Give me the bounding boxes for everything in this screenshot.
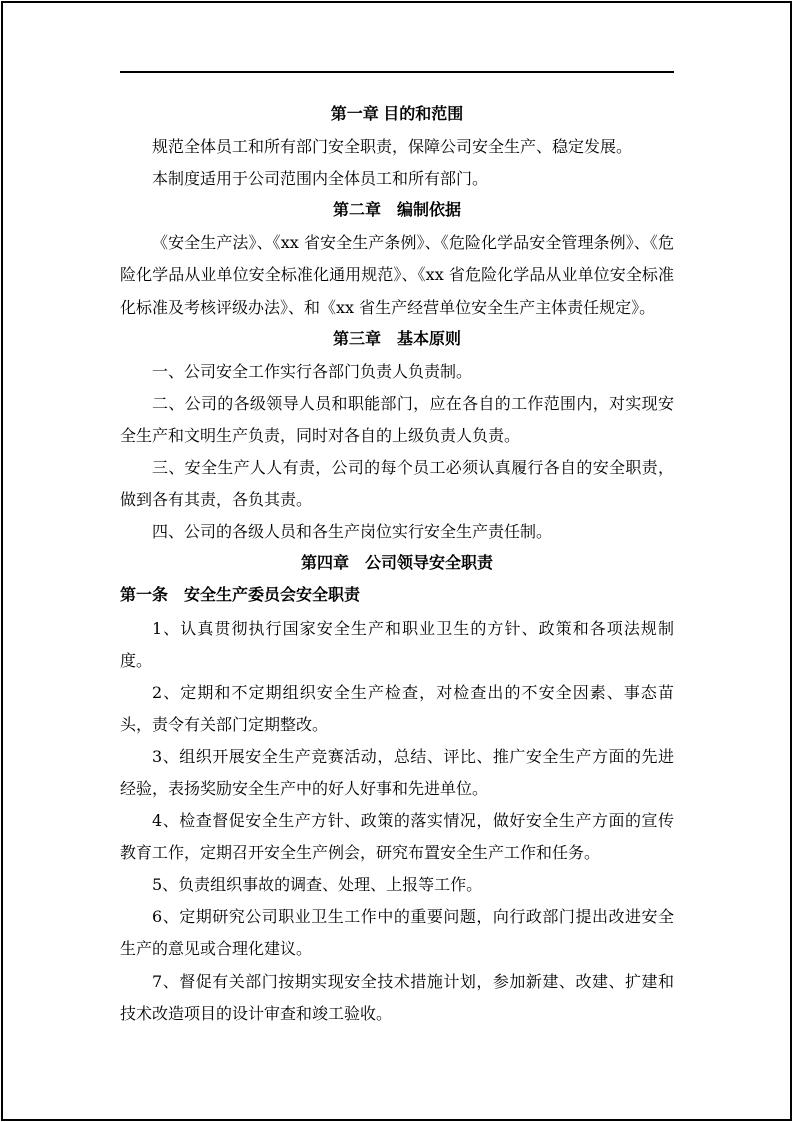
principle-item-3: 三、安全生产人人有责，公司的每个员工必须认真履行各自的安全职责，做到各有其责，各… (120, 452, 674, 516)
duty-item-5: 5、负责组织事故的调查、处理、上报等工作。 (120, 869, 674, 901)
principle-item-4: 四、公司的各级人员和各生产岗位实行安全生产责任制。 (120, 516, 674, 548)
duty-item-2: 2、定期和不定期组织安全生产检查，对检查出的不安全因素、事态苗头，责令有关部门定… (120, 677, 674, 741)
duty-item-7: 7、督促有关部门按期实现安全技术措施计划，参加新建、改建、扩建和技术改造项目的设… (120, 966, 674, 1030)
document-content: 第一章 目的和范围 规范全体员工和所有部门安全职责，保障公司安全生产、稳定发展。… (120, 99, 674, 1030)
paragraph-scope-2: 本制度适用于公司范围内全体员工和所有部门。 (120, 163, 674, 195)
chapter-3-heading: 第三章 基本原则 (120, 324, 674, 356)
chapter-1-heading: 第一章 目的和范围 (120, 99, 674, 131)
duty-item-4: 4、检查督促安全生产方针、政策的落实情况，做好安全生产方面的宣传教育工作，定期召… (120, 805, 674, 869)
chapter-2-heading: 第二章 编制依据 (120, 195, 674, 227)
duty-item-3: 3、组织开展安全生产竞赛活动，总结、评比、推广安全生产方面的先进经验，表扬奖励安… (120, 741, 674, 805)
paragraph-basis: 《安全生产法》、《xx 省安全生产条例》、《危险化学品安全管理条例》、《危险化学… (120, 227, 674, 323)
principle-item-2: 二、公司的各级领导人员和职能部门，应在各自的工作范围内，对实现安全生产和文明生产… (120, 388, 674, 452)
principle-item-1: 一、公司安全工作实行各部门负责人负责制。 (120, 356, 674, 388)
article-1-heading: 第一条 安全生产委员会安全职责 (120, 580, 674, 612)
duty-item-6: 6、定期研究公司职业卫生工作中的重要问题，向行政部门提出改进安全生产的意见或合理… (120, 901, 674, 965)
header-rule (120, 71, 674, 73)
chapter-4-heading: 第四章 公司领导安全职责 (120, 548, 674, 580)
paragraph-scope-1: 规范全体员工和所有部门安全职责，保障公司安全生产、稳定发展。 (120, 131, 674, 163)
document-page: 第一章 目的和范围 规范全体员工和所有部门安全职责，保障公司安全生产、稳定发展。… (1, 1, 792, 1121)
duty-item-1: 1、认真贯彻执行国家安全生产和职业卫生的方针、政策和各项法规制度。 (120, 613, 674, 677)
